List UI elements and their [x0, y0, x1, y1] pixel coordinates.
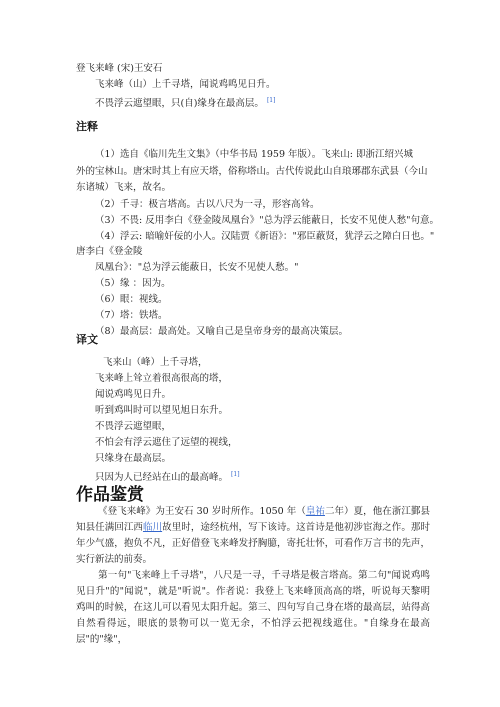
note-item: （7）塔：铁塔。: [95, 310, 168, 322]
translation-line: 飞来峰上耸立着很高很高的塔，: [95, 373, 228, 385]
note-item: 外的宝林山。唐宋时其上有应天塔，俗称塔山。古代传说此山自琅琊郡东武县（今山: [76, 166, 428, 178]
note-item: （3）不畏: 反用李白《登金陵凤凰台》"总为浮云能蔽日，长安不见使人愁"句意。: [95, 215, 439, 227]
note-item: （5）缘 ：因为。: [95, 278, 171, 290]
translation-line: 不畏浮云遮望眼，: [95, 421, 171, 433]
note-item: （1）选自《临川先生文集》（中华书局 1959 年版）。飞来山: 即浙江绍兴城: [95, 149, 413, 161]
appreciation-paragraph-2: 第一句"飞来峰上千寻塔"，八尺是一寻，千寻塔是极言塔高。第二句"闻说鸡鸣见日升"…: [76, 568, 430, 648]
appreciation-heading: 作品鉴赏: [76, 480, 144, 505]
document-page: 登飞来峰 (宋)王安石 飞来峰（山）上千寻塔，闻说鸡鸣见日升。 不畏浮云遮望眼，…: [0, 0, 500, 707]
translation-line: 只缘身在最高层。: [95, 453, 171, 465]
footnote-link[interactable]: [1]: [267, 97, 276, 104]
note-item: （8）最高层：最高处。又喻自己是皇帝身旁的最高决策层。: [95, 326, 348, 338]
notes-heading: 注释: [76, 118, 98, 134]
poem-line-1: 飞来峰（山）上千寻塔，闻说鸡鸣见日升。: [95, 79, 276, 91]
poem-title: 登飞来峰 (宋)王安石: [76, 63, 162, 75]
note-item: （6）眼：视线。: [95, 294, 168, 306]
note-item: （2）千寻：极言塔高。古以八尺为一寻，形容高耸。: [95, 199, 320, 211]
appreciation-paragraph-1: 《登飞来峰》为王安石 30 岁时所作。1050 年（皇祐二年）夏，他在浙江鄞县知…: [76, 504, 430, 568]
translation-line: 不怕会有浮云遮住了远望的视线，: [95, 437, 238, 449]
poem-line-2: 不畏浮云遮望眼，只(自)缘身在最高层。 [1]: [95, 95, 275, 110]
note-item: （4）浮云: 暗喻奸佞的小人。汉陆贾《新语》："邪臣蔽贤，犹浮云之障白日也。": [95, 231, 434, 243]
footnote-link[interactable]: [1]: [231, 471, 240, 478]
translation-heading: 译文: [76, 331, 98, 347]
note-item: 唐李白《登金陵: [76, 246, 143, 258]
translation-line: 闻说鸡鸣见日升。: [95, 389, 171, 401]
poem-line-2-text: 不畏浮云遮望眼，只(自)缘身在最高层。: [95, 98, 264, 109]
link-huangyou[interactable]: 皇祐: [306, 506, 325, 517]
translation-line: 飞来山（峰）上千寻塔，: [103, 357, 208, 369]
note-item: 凤凰台》："总为浮云能蔽日，长安不见使人愁。": [95, 262, 299, 274]
note-item: 东诸城）飞来，故名。: [76, 182, 171, 194]
link-linchuan[interactable]: 临川: [143, 522, 162, 533]
translation-line: 听到鸡叫时可以望见旭日东升。: [95, 405, 228, 417]
